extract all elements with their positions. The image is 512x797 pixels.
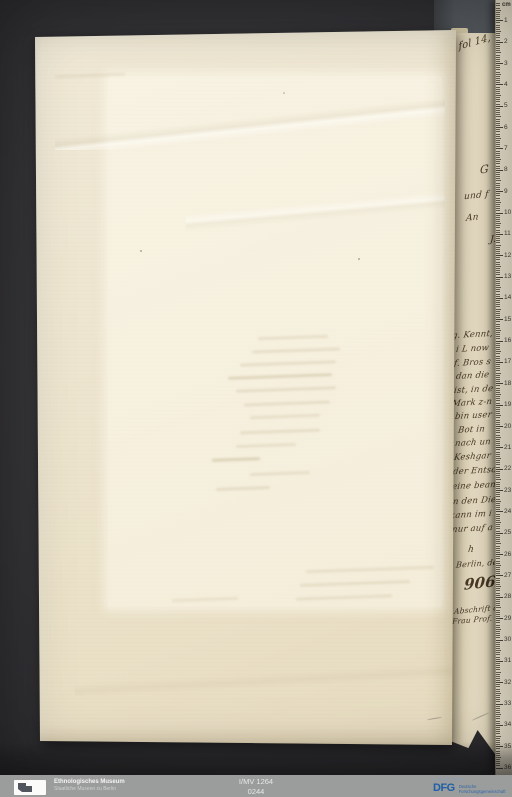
ruler-tick bbox=[496, 375, 500, 376]
ruler-tick bbox=[496, 172, 500, 173]
ruler-tick bbox=[496, 618, 503, 619]
ruler-tick bbox=[496, 138, 501, 139]
ruler-tick bbox=[496, 202, 501, 203]
ruler-tick bbox=[496, 580, 500, 581]
ruler-tick bbox=[496, 552, 500, 553]
ruler-tick bbox=[496, 595, 500, 596]
ruler-tick bbox=[496, 257, 500, 258]
ruler-tick bbox=[496, 415, 501, 416]
ruler-tick bbox=[496, 610, 500, 611]
ruler-tick bbox=[496, 388, 500, 389]
ruler-tick bbox=[496, 385, 500, 386]
handwriting-fragment: bin user bbox=[454, 410, 492, 422]
mounted-sheet-discoloration bbox=[108, 76, 442, 607]
ruler-tick bbox=[496, 5, 500, 6]
ruler-tick bbox=[496, 193, 500, 194]
ruler-tick bbox=[496, 155, 500, 156]
ruler-tick bbox=[496, 599, 500, 600]
ruler-number: 7 bbox=[504, 145, 508, 152]
ruler-tick bbox=[496, 721, 500, 722]
ruler-tick bbox=[496, 426, 503, 427]
ruler-tick bbox=[496, 748, 500, 749]
ruler-tick bbox=[496, 110, 500, 111]
ruler-tick bbox=[496, 125, 500, 126]
ruler-tick bbox=[496, 336, 500, 337]
ruler-tick bbox=[496, 127, 503, 128]
ruler-tick bbox=[496, 496, 500, 497]
bleedthrough-mark bbox=[240, 429, 320, 435]
ruler-tick bbox=[496, 63, 503, 64]
ruler-tick bbox=[496, 217, 500, 218]
ruler-tick bbox=[496, 317, 500, 318]
ruler-tick bbox=[496, 663, 500, 664]
ruler-tick bbox=[496, 742, 500, 743]
ruler-tick bbox=[496, 516, 500, 517]
ruler-tick bbox=[496, 601, 500, 602]
ruler-tick bbox=[496, 381, 500, 382]
ruler-tick bbox=[496, 676, 500, 677]
ruler-tick bbox=[496, 652, 500, 653]
ink-speck bbox=[283, 92, 285, 94]
ruler-tick bbox=[496, 701, 500, 702]
ruler-tick bbox=[496, 274, 500, 275]
ruler-tick bbox=[496, 490, 503, 491]
ruler-number: 35 bbox=[504, 743, 511, 750]
archive-footer-bar: Ethnologisches Museum Staatliche Museen … bbox=[0, 775, 512, 797]
ruler-tick bbox=[496, 556, 500, 557]
ruler-tick bbox=[496, 477, 500, 478]
ruler-number: 33 bbox=[504, 700, 511, 707]
ruler-tick bbox=[496, 627, 500, 628]
ruler-tick bbox=[496, 163, 500, 164]
ruler-tick bbox=[496, 27, 500, 28]
ruler-tick bbox=[496, 633, 500, 634]
ruler-tick bbox=[496, 104, 500, 105]
ink-speck bbox=[358, 258, 360, 260]
ruler-tick bbox=[496, 689, 500, 690]
ruler-tick bbox=[496, 398, 500, 399]
ruler-tick bbox=[496, 471, 500, 472]
ruler-tick bbox=[496, 563, 500, 564]
ruler-tick bbox=[496, 338, 500, 339]
ruler-tick bbox=[496, 84, 503, 85]
bleedthrough-mark bbox=[55, 73, 125, 78]
ruler-tick bbox=[496, 550, 500, 551]
ruler-tick bbox=[496, 227, 500, 228]
paper-crease bbox=[75, 657, 456, 704]
ruler-tick bbox=[496, 394, 501, 395]
ruler-tick bbox=[496, 10, 501, 11]
ruler-tick bbox=[496, 140, 500, 141]
ruler-tick bbox=[496, 153, 500, 154]
ruler-tick bbox=[496, 642, 500, 643]
paper-crease bbox=[55, 100, 445, 150]
ruler-tick bbox=[496, 437, 501, 438]
ruler-tick bbox=[496, 405, 503, 406]
ruler-number: 18 bbox=[504, 380, 511, 387]
ruler-tick bbox=[496, 61, 500, 62]
handwriting-fragment: fol 14, bbox=[458, 33, 491, 53]
ruler-tick bbox=[496, 146, 500, 147]
handwriting-fragment: G bbox=[480, 162, 489, 176]
ruler-tick bbox=[496, 59, 500, 60]
ruler-tick bbox=[496, 648, 500, 649]
ruler-tick bbox=[496, 706, 500, 707]
ruler-tick bbox=[496, 678, 500, 679]
ruler-tick bbox=[496, 78, 500, 79]
ruler-tick bbox=[496, 198, 500, 199]
ruler-tick bbox=[496, 262, 500, 263]
ruler-tick bbox=[496, 731, 500, 732]
ruler-tick bbox=[496, 432, 500, 433]
ruler-tick bbox=[496, 460, 500, 461]
ruler-tick bbox=[496, 44, 500, 45]
next-page-handwriting-strip: fol 14,Gund fAnJ.g. Kennt,i L nowf. Bros… bbox=[450, 33, 496, 759]
ruler-tick bbox=[496, 686, 500, 687]
ruler-tick bbox=[496, 313, 500, 314]
ruler-tick bbox=[496, 345, 500, 346]
ruler-tick bbox=[496, 473, 500, 474]
ruler-tick bbox=[496, 3, 500, 4]
ruler-tick bbox=[496, 281, 500, 282]
ruler-tick bbox=[496, 411, 500, 412]
ruler-tick bbox=[496, 582, 500, 583]
ruler-number: 36 bbox=[504, 764, 511, 771]
dfg-row: DFG Deutsche Forschungsgemeinschaft bbox=[433, 783, 506, 794]
ruler-tick bbox=[496, 396, 500, 397]
handwriting-fragment: nur auf a bbox=[451, 523, 493, 535]
ruler-tick bbox=[496, 561, 500, 562]
ruler-tick bbox=[496, 31, 501, 32]
ruler-tick bbox=[496, 684, 500, 685]
ruler-tick bbox=[496, 183, 500, 184]
ruler-tick bbox=[496, 328, 500, 329]
ruler-tick bbox=[496, 718, 500, 719]
ruler-tick bbox=[496, 520, 500, 521]
ruler-tick bbox=[496, 755, 500, 756]
handwriting-fragment: kann im i bbox=[450, 509, 492, 521]
ruler-tick bbox=[496, 479, 501, 480]
ruler-tick bbox=[496, 99, 500, 100]
ruler-tick bbox=[496, 291, 500, 292]
ruler-number: 9 bbox=[504, 188, 508, 195]
ruler-tick bbox=[496, 259, 500, 260]
blank-verso-sheet bbox=[35, 30, 456, 745]
bleedthrough-mark bbox=[258, 335, 328, 340]
ruler: cm 1234567891011121314151617181920212223… bbox=[495, 0, 512, 775]
ruler-tick bbox=[496, 511, 503, 512]
ruler-tick bbox=[496, 768, 503, 769]
ruler-tick bbox=[496, 693, 501, 694]
ruler-tick bbox=[496, 712, 500, 713]
vignette bbox=[0, 0, 512, 775]
ruler-tick bbox=[496, 311, 500, 312]
ruler-tick bbox=[496, 400, 500, 401]
ruler-tick bbox=[496, 488, 500, 489]
ruler-tick bbox=[496, 330, 501, 331]
ruler-tick bbox=[496, 452, 500, 453]
ruler-number: 6 bbox=[504, 124, 508, 131]
ruler-tick bbox=[496, 131, 500, 132]
ruler-tick bbox=[496, 52, 501, 53]
ruler-tick bbox=[496, 157, 500, 158]
ruler-number: 10 bbox=[504, 209, 511, 216]
ruler-tick bbox=[496, 704, 503, 705]
ruler-tick bbox=[496, 403, 500, 404]
ruler-tick bbox=[496, 569, 500, 570]
ruler-tick bbox=[496, 413, 500, 414]
ruler-tick bbox=[496, 87, 500, 88]
ruler-number: 23 bbox=[504, 487, 511, 494]
ruler-tick bbox=[496, 753, 500, 754]
bleedthrough-mark bbox=[236, 386, 336, 392]
ruler-tick bbox=[496, 8, 500, 9]
ruler-tick bbox=[496, 499, 500, 500]
ruler-tick bbox=[496, 57, 500, 58]
ruler-tick bbox=[496, 114, 500, 115]
ruler-tick bbox=[496, 50, 500, 51]
ruler-tick bbox=[496, 422, 500, 423]
handwriting-fragment: h bbox=[467, 545, 474, 555]
ruler-tick bbox=[496, 607, 501, 608]
ruler-tick bbox=[496, 204, 500, 205]
ruler-tick bbox=[496, 740, 500, 741]
ruler-tick bbox=[496, 200, 500, 201]
handwriting-fragment: Keshgar bbox=[453, 451, 491, 463]
handwriting-fragment: der Entsch bbox=[452, 465, 496, 478]
ruler-tick bbox=[496, 379, 500, 380]
handwriting-fragment: in den Dien bbox=[450, 495, 496, 508]
ruler-tick bbox=[496, 347, 500, 348]
ruler-tick bbox=[496, 180, 501, 181]
ruler-tick bbox=[496, 242, 500, 243]
funded-by-label: Gefördert durch bbox=[434, 777, 506, 782]
ruler-tick bbox=[496, 514, 500, 515]
ruler-tick bbox=[496, 309, 501, 310]
ruler-tick bbox=[496, 699, 500, 700]
ruler-tick bbox=[496, 657, 500, 658]
ruler-tick bbox=[496, 287, 501, 288]
ruler-tick bbox=[496, 225, 500, 226]
ruler-tick bbox=[496, 710, 500, 711]
ruler-tick bbox=[496, 306, 500, 307]
ruler-tick bbox=[496, 409, 500, 410]
ruler-tick bbox=[496, 449, 500, 450]
ruler-tick bbox=[496, 249, 500, 250]
ruler-tick bbox=[496, 407, 500, 408]
ruler-tick bbox=[496, 195, 500, 196]
ruler-tick bbox=[496, 539, 500, 540]
ruler-tick bbox=[496, 736, 501, 737]
ruler-tick bbox=[496, 714, 501, 715]
ruler-number: 2 bbox=[504, 38, 508, 45]
ruler-number: 1 bbox=[504, 17, 508, 24]
ruler-tick bbox=[496, 586, 501, 587]
ruler-tick bbox=[496, 364, 500, 365]
ruler-tick bbox=[496, 548, 500, 549]
ruler-tick bbox=[496, 751, 500, 752]
ruler-tick bbox=[496, 654, 500, 655]
ruler-tick bbox=[496, 590, 500, 591]
ruler-tick bbox=[496, 121, 500, 122]
handwriting-fragment: g. Kennt, bbox=[451, 329, 493, 341]
ruler-tick bbox=[496, 368, 500, 369]
dfg-abbreviation: DFG bbox=[433, 783, 455, 793]
ruler-tick bbox=[496, 469, 503, 470]
bleedthrough-mark bbox=[240, 360, 336, 366]
ruler-tick bbox=[496, 672, 501, 673]
ruler-tick bbox=[496, 123, 500, 124]
ruler-tick bbox=[496, 238, 500, 239]
ruler-tick bbox=[496, 161, 500, 162]
dfg-logo-block: Gefördert durch DFG Deutsche Forschungsg… bbox=[433, 775, 506, 794]
ruler-tick bbox=[496, 650, 501, 651]
ruler-tick bbox=[496, 245, 501, 246]
ruler-tick bbox=[496, 546, 500, 547]
ruler-number: 22 bbox=[504, 465, 511, 472]
ruler-tick bbox=[496, 373, 501, 374]
ruler-tick bbox=[496, 210, 500, 211]
dfg-full-name: Deutsche Forschungsgemeinschaft bbox=[459, 783, 506, 794]
ruler-tick bbox=[496, 614, 500, 615]
ruler-tick bbox=[496, 296, 500, 297]
ruler-tick bbox=[496, 366, 500, 367]
bleedthrough-mark bbox=[244, 401, 330, 407]
ruler-tick bbox=[496, 129, 500, 130]
ruler-tick bbox=[496, 588, 500, 589]
ruler-tick bbox=[496, 622, 500, 623]
ruler-tick bbox=[496, 462, 500, 463]
ruler-tick bbox=[496, 95, 501, 96]
ruler-number: 15 bbox=[504, 316, 511, 323]
ruler-number: 17 bbox=[504, 358, 511, 365]
ruler-number: 29 bbox=[504, 615, 511, 622]
ruler-tick bbox=[496, 16, 500, 17]
paper-texture bbox=[35, 30, 456, 745]
ruler-tick bbox=[496, 89, 500, 90]
ruler-number: 8 bbox=[504, 166, 508, 173]
ruler-tick bbox=[496, 266, 501, 267]
ruler-number: 12 bbox=[504, 252, 511, 259]
ruler-tick bbox=[496, 554, 503, 555]
ruler-tick bbox=[496, 360, 500, 361]
bottom-shadow bbox=[0, 742, 512, 775]
ruler-tick bbox=[496, 324, 500, 325]
scanned-document-page: fol 14,Gund fAnJ.g. Kennt,i L nowf. Bros… bbox=[0, 0, 512, 797]
ruler-number: 20 bbox=[504, 423, 511, 430]
ruler-tick bbox=[496, 315, 500, 316]
ruler-tick bbox=[496, 424, 500, 425]
ruler-tick bbox=[496, 697, 500, 698]
ruler-tick bbox=[496, 640, 503, 641]
ruler-tick bbox=[496, 341, 503, 342]
ruler-tick bbox=[496, 635, 500, 636]
ruler-tick bbox=[496, 667, 500, 668]
ruler-tick bbox=[496, 351, 501, 352]
bleedthrough-mark bbox=[296, 594, 392, 600]
ruler-tick bbox=[496, 428, 500, 429]
main-sheet-wrapper bbox=[0, 0, 512, 797]
ruler-tick bbox=[496, 629, 501, 630]
ruler-tick bbox=[496, 12, 500, 13]
ruler-tick bbox=[496, 223, 501, 224]
ruler-tick bbox=[496, 279, 500, 280]
ruler-tick bbox=[496, 176, 500, 177]
ruler-tick bbox=[496, 575, 503, 576]
ruler-tick bbox=[496, 247, 500, 248]
ruler-tick bbox=[496, 253, 500, 254]
ruler-tick bbox=[496, 454, 500, 455]
ruler-tick bbox=[496, 349, 500, 350]
ruler-tick bbox=[496, 716, 500, 717]
ruler-tick bbox=[496, 695, 500, 696]
ruler-tick bbox=[496, 74, 501, 75]
ruler-tick bbox=[496, 637, 500, 638]
ruler-tick bbox=[496, 300, 500, 301]
ruler-tick bbox=[496, 484, 500, 485]
handwriting-fragment: An bbox=[466, 212, 479, 223]
ruler-tick bbox=[496, 251, 500, 252]
ruler-tick bbox=[496, 603, 500, 604]
bleedthrough-mark bbox=[250, 471, 310, 476]
ruler-tick bbox=[496, 72, 500, 73]
ruler-tick bbox=[496, 482, 500, 483]
ruler-tick bbox=[496, 537, 500, 538]
ruler-tick bbox=[496, 168, 500, 169]
ruler-number: 11 bbox=[504, 230, 511, 237]
ruler-tick bbox=[496, 270, 500, 271]
ruler-tick bbox=[496, 518, 500, 519]
ruler-tick bbox=[496, 733, 500, 734]
ruler-tick bbox=[496, 669, 500, 670]
ruler-tick bbox=[496, 526, 500, 527]
paper-crease bbox=[184, 173, 447, 247]
ruler-tick bbox=[496, 277, 503, 278]
ruler-tick bbox=[496, 208, 500, 209]
ruler-tick bbox=[496, 185, 500, 186]
ruler-tick bbox=[496, 91, 500, 92]
ink-speck bbox=[140, 250, 142, 252]
handwriting-fragment: i L now bbox=[455, 343, 489, 355]
ruler-tick bbox=[496, 356, 500, 357]
bleedthrough-mark bbox=[300, 580, 410, 587]
bleedthrough-mark bbox=[236, 443, 296, 448]
ruler-number: 21 bbox=[504, 444, 511, 451]
handwriting-fragment: dan die bbox=[455, 370, 489, 382]
ruler-tick bbox=[496, 264, 500, 265]
ruler-tick bbox=[496, 644, 500, 645]
ruler-tick bbox=[496, 691, 500, 692]
ruler-tick bbox=[496, 612, 500, 613]
ruler-tick bbox=[496, 757, 501, 758]
handwriting-fragment: und f bbox=[464, 190, 489, 203]
ruler-tick bbox=[496, 48, 500, 49]
ruler-tick bbox=[496, 33, 500, 34]
ruler-tick bbox=[496, 765, 500, 766]
ruler-tick bbox=[496, 101, 500, 102]
ruler-tick bbox=[496, 302, 500, 303]
ruler-tick bbox=[496, 744, 500, 745]
ruler-tick bbox=[496, 509, 500, 510]
handwriting-fragment: f. Bros s bbox=[453, 357, 491, 369]
ruler-tick bbox=[496, 567, 500, 568]
bleedthrough-mark bbox=[212, 457, 260, 462]
ruler-tick bbox=[496, 665, 500, 666]
ruler-tick bbox=[496, 191, 503, 192]
ruler-tick bbox=[496, 501, 501, 502]
ruler-tick bbox=[496, 370, 500, 371]
bleedthrough-mark bbox=[216, 486, 270, 491]
